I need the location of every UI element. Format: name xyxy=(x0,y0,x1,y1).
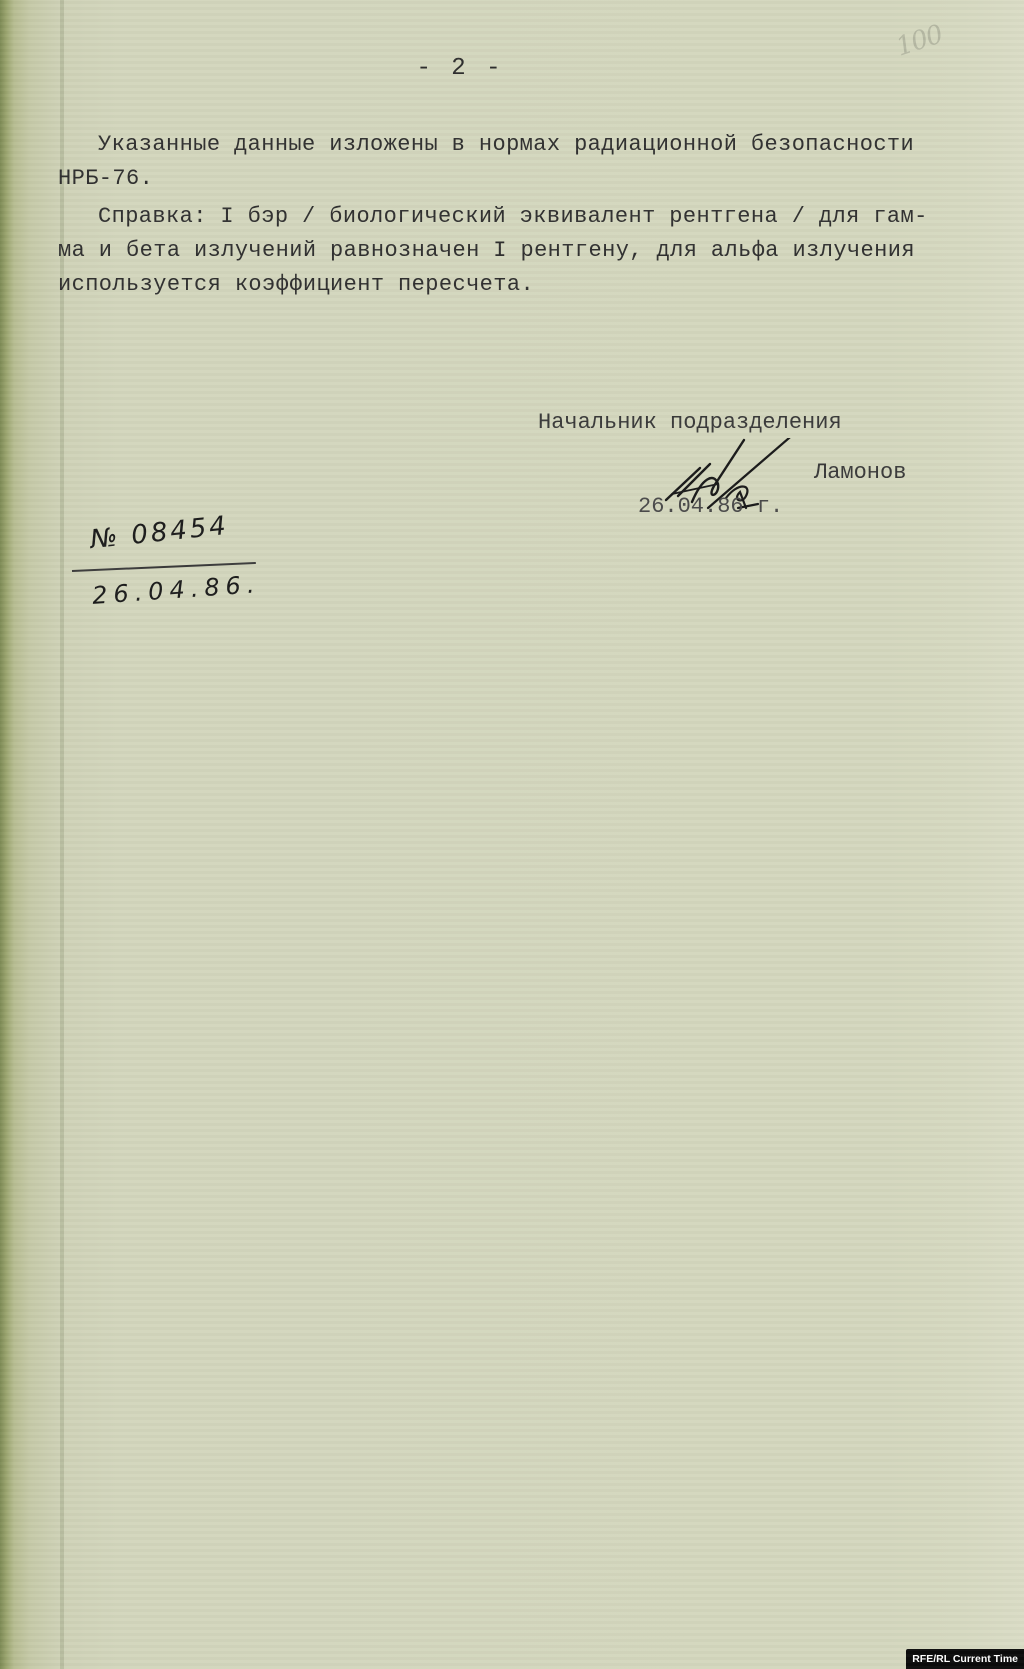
scanned-page: 100 - 2 - Указанные данные изложены в но… xyxy=(0,0,1024,1669)
document-body: Указанные данные изложены в нормах радиа… xyxy=(58,128,988,302)
paragraph-2-line-3: используется коэффициент пересчета. xyxy=(58,268,988,302)
source-watermark: RFE/RL Current Time xyxy=(906,1649,1024,1669)
handwritten-registration: № 08454 26.04.86. xyxy=(72,518,312,618)
registration-date: 26.04.86. xyxy=(91,570,261,610)
paragraph-2-line-1: Справка: I бэр / биологический эквивален… xyxy=(58,200,988,234)
page-number: - 2 - xyxy=(0,55,920,82)
signature-scribble-icon xyxy=(648,438,828,538)
paragraph-1-line-1: Указанные данные изложены в нормах радиа… xyxy=(58,128,988,162)
signatory-name: Ламонов xyxy=(814,460,906,485)
paragraph-2-line-2: ма и бета излучений равнозначен I рентге… xyxy=(58,234,988,268)
paragraph-1-line-2: НРБ-76. xyxy=(58,162,988,196)
registration-number: № 08454 xyxy=(89,511,230,555)
handwritten-underline xyxy=(72,562,256,572)
signature-date: 26.04.86 г. xyxy=(638,494,783,519)
signatory-title: Начальник подразделения xyxy=(538,410,842,435)
